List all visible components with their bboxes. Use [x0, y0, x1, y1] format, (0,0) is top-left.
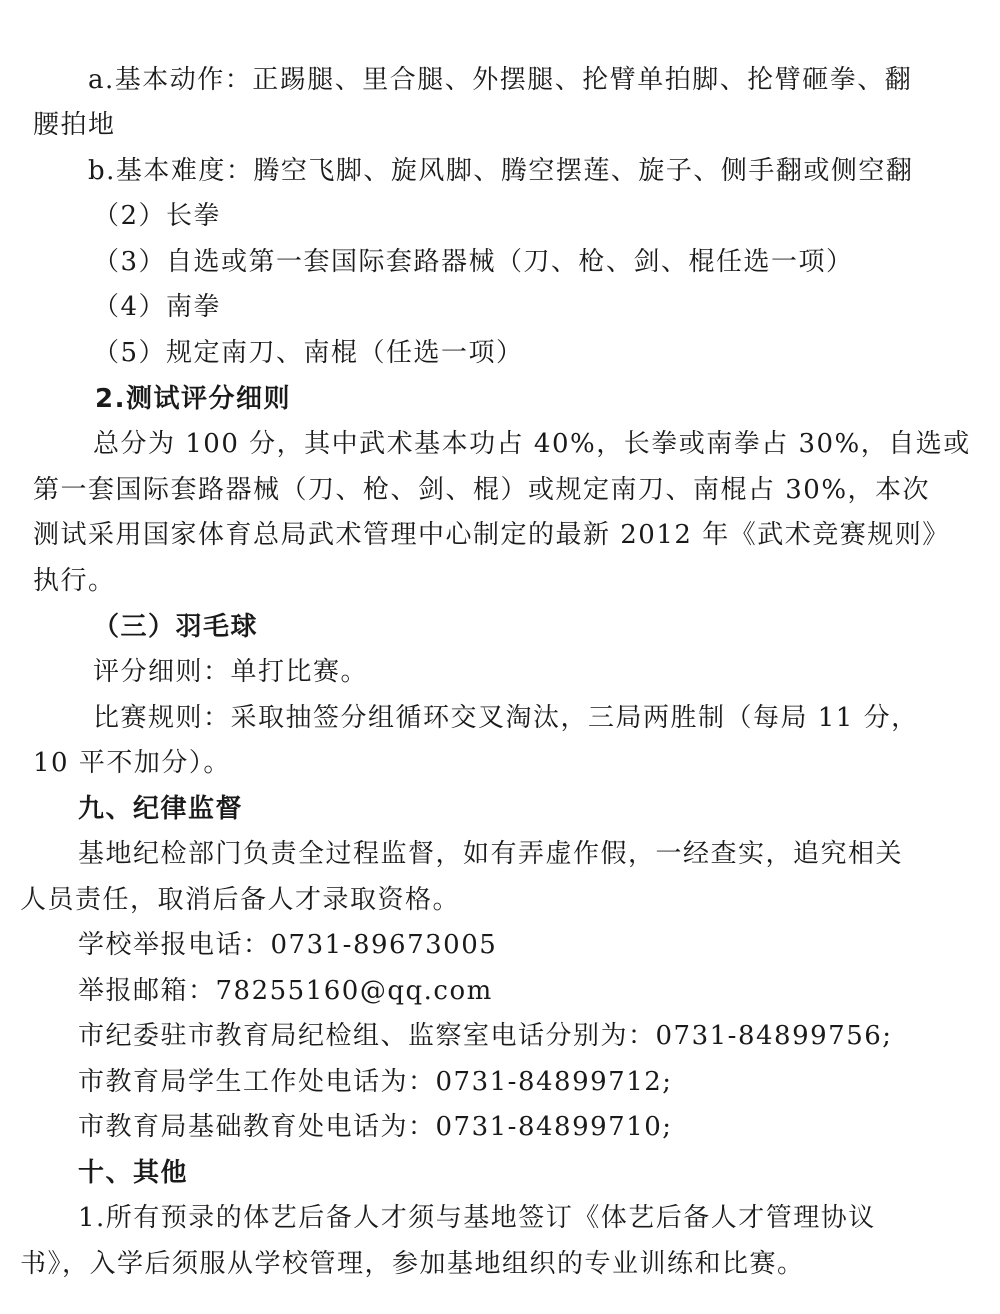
section-heading: 十、其他	[78, 1157, 188, 1189]
text-line: 1.所有预录的体艺后备人才须与基地签订《体艺后备人才管理协议	[78, 1202, 876, 1234]
text-line: 书》，入学后须服从学校管理，参加基地组织的专业训练和比赛。	[20, 1248, 805, 1280]
text-line: a.基本动作：正踢腿、里合腿、外摆腿、抡臂单拍脚、抡臂砸拳、翻	[88, 64, 912, 96]
text-line: 比赛规则：采取抽签分组循环交叉淘汰，三局两胜制（每局 11 分，	[93, 702, 919, 734]
section-heading: （三）羽毛球	[93, 611, 258, 643]
text-line: （2）长拳	[93, 200, 221, 232]
text-line: 执行。	[33, 565, 116, 597]
text-line: 市纪委驻市教育局纪检组、监察室电话分别为：0731-84899756;	[78, 1020, 893, 1052]
text-line: 市教育局学生工作处电话为：0731-84899712;	[78, 1066, 673, 1098]
text-line: 评分细则：单打比赛。	[93, 656, 368, 688]
text-line: 测试采用国家体育总局武术管理中心制定的最新 2012 年《武术竞赛规则》	[33, 519, 950, 551]
text-line: b.基本难度：腾空飞脚、旋风脚、腾空摆莲、旋子、侧手翻或侧空翻	[88, 155, 913, 187]
text-line: 学校举报电话：0731-89673005	[78, 929, 497, 961]
text-line: 总分为 100 分，其中武术基本功占 40%，长拳或南拳占 30%，自选或	[93, 428, 971, 460]
text-line: （4）南拳	[93, 291, 221, 323]
section-heading: 九、纪律监督	[78, 793, 243, 825]
text-line: （3）自选或第一套国际套路器械（刀、枪、剑、棍任选一项）	[93, 246, 854, 278]
text-line: （5）规定南刀、南棍（任选一项）	[93, 337, 524, 369]
section-heading: 2.测试评分细则	[95, 383, 291, 415]
text-line: 基地纪检部门负责全过程监督，如有弄虚作假，一经查实，追究相关	[78, 838, 903, 870]
text-line: 人员责任，取消后备人才录取资格。	[20, 884, 460, 916]
text-line: 第一套国际套路器械（刀、枪、剑、棍）或规定南刀、南棍占 30%，本次	[33, 474, 930, 506]
text-line: 举报邮箱：78255160@qq.com	[78, 975, 493, 1007]
text-line: 市教育局基础教育处电话为：0731-84899710;	[78, 1111, 673, 1143]
text-line: 腰拍地	[33, 109, 116, 141]
text-line: 10 平不加分）。	[33, 747, 231, 779]
